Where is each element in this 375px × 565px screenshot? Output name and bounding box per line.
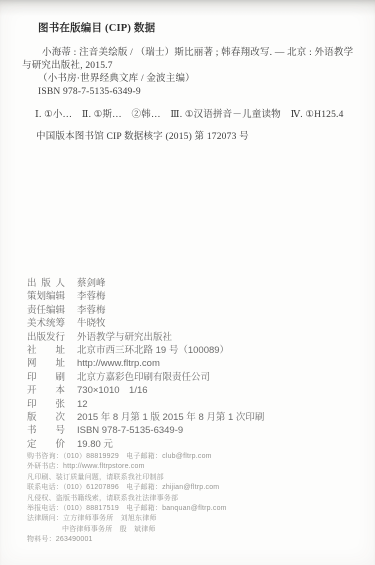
imprint-value: 牛晓牧 [77, 317, 106, 330]
imprint-label: 美术统筹 [27, 317, 65, 330]
imprint-row-responsible-editor: 责任编辑李蓉梅 [27, 304, 264, 317]
imprint-value: 12 [77, 398, 88, 411]
fineprint-piracy-notice: 凡侵权、盗版书籍线索，请联系我社法律事务部 [27, 494, 227, 504]
imprint-label: 开本 [27, 384, 65, 397]
cip-description-line-1: 小海蒂 : 注音美绘版 / （瑞士）斯比丽著 ; 韩春翔改写. — 北京 : 外… [42, 47, 369, 60]
imprint-label: 印张 [27, 398, 65, 411]
cip-heading: 图书在版编目 (CIP) 数据 [38, 22, 369, 35]
imprint-label: 版次 [27, 411, 65, 424]
imprint-label: 书号 [27, 424, 65, 437]
imprint-value: 19.80 元 [77, 438, 113, 451]
fineprint-quality-notice: 凡印刷、装订质量问题，请联系我社印制部 [27, 473, 227, 483]
imprint-label: 出版发行 [27, 331, 65, 344]
cip-section: 图书在版编目 (CIP) 数据 小海蒂 : 注音美绘版 / （瑞士）斯比丽著 ;… [22, 22, 369, 144]
fineprint-piracy-contact: 举报电话：（010）88817519 电子邮箱：banquan@fltrp.co… [27, 504, 227, 514]
imprint-row-printer: 印刷北京方嘉彩色印刷有限责任公司 [27, 371, 264, 384]
fineprint-legal-counsel-1: 法律顾问：立方律师事务所 刘旭东律师 [27, 514, 227, 524]
imprint-row-sheets: 印张12 [27, 398, 264, 411]
imprint-row-price: 定价19.80 元 [27, 438, 264, 451]
imprint-section: 出版人蔡剑峰 策划编辑李蓉梅 责任编辑李蓉梅 美术统筹牛晓牧 出版发行外语教学与… [27, 277, 264, 451]
imprint-row-address: 社址北京市西三环北路 19 号（100089） [27, 344, 264, 357]
cip-registry-number: 中国版本图书馆 CIP 数据核字 (2015) 第 172073 号 [36, 131, 369, 144]
imprint-row-isbn: 书号ISBN 978-7-5135-6349-9 [27, 424, 264, 437]
imprint-value: 李蓉梅 [77, 304, 106, 317]
imprint-value: ISBN 978-7-5135-6349-9 [77, 424, 183, 437]
fineprint-legal-counsel-2: 中咨律师事务所 殷 斌律师 [62, 525, 227, 535]
fineprint-purchase-hotline: 购书咨询：（010）88819929 电子邮箱：club@fltrp.com [27, 452, 227, 462]
imprint-label: 定价 [27, 438, 65, 451]
fineprint-section: 购书咨询：（010）88819929 电子邮箱：club@fltrp.com 外… [27, 452, 227, 546]
imprint-label: 社址 [27, 344, 65, 357]
fineprint-material-number: 物料号：263490001 [27, 535, 227, 545]
imprint-value: 2015 年 8 月第 1 版 2015 年 8 月第 1 次印刷 [77, 411, 264, 424]
imprint-value: 730×1010 1/16 [77, 384, 148, 397]
imprint-value: 李蓉梅 [77, 290, 106, 303]
imprint-label: 策划编辑 [27, 290, 65, 303]
fineprint-bookstore-url: 外研书店：http://www.fltrpstore.com [27, 462, 227, 472]
fineprint-quality-contact: 联系电话：（010）61207896 电子邮箱：zhijian@fltrp.co… [27, 483, 227, 493]
imprint-row-planning-editor: 策划编辑李蓉梅 [27, 290, 264, 303]
imprint-label: 出版人 [27, 277, 65, 290]
imprint-row-publisher-person: 出版人蔡剑峰 [27, 277, 264, 290]
imprint-label: 网址 [27, 357, 65, 370]
imprint-label: 印刷 [27, 371, 65, 384]
imprint-row-edition: 版次2015 年 8 月第 1 版 2015 年 8 月第 1 次印刷 [27, 411, 264, 424]
imprint-row-publisher: 出版发行外语教学与研究出版社 [27, 331, 264, 344]
imprint-label: 责任编辑 [27, 304, 65, 317]
cip-description-line-2: 与研究出版社, 2015.7 [22, 60, 369, 73]
imprint-value: 外语教学与研究出版社 [77, 331, 172, 344]
imprint-value: 蔡剑峰 [77, 277, 106, 290]
book-copyright-page: 图书在版编目 (CIP) 数据 小海蒂 : 注音美绘版 / （瑞士）斯比丽著 ;… [0, 0, 375, 565]
imprint-value: 北京方嘉彩色印刷有限责任公司 [77, 371, 210, 384]
imprint-row-website: 网址http://www.fltrp.com [27, 357, 264, 370]
imprint-value: 北京市西三环北路 19 号（100089） [77, 344, 229, 357]
cip-classification: Ⅰ. ①小… Ⅱ. ①斯… ②韩… Ⅲ. ①汉语拼音－儿童读物 Ⅳ. ①H125… [35, 109, 369, 122]
cip-series-note: （小书房·世界经典文库 / 金波主编） [38, 73, 369, 86]
imprint-row-format: 开本730×1010 1/16 [27, 384, 264, 397]
cip-isbn: ISBN 978-7-5135-6349-9 [38, 86, 369, 99]
imprint-row-art-coordinator: 美术统筹牛晓牧 [27, 317, 264, 330]
imprint-value: http://www.fltrp.com [77, 357, 160, 370]
